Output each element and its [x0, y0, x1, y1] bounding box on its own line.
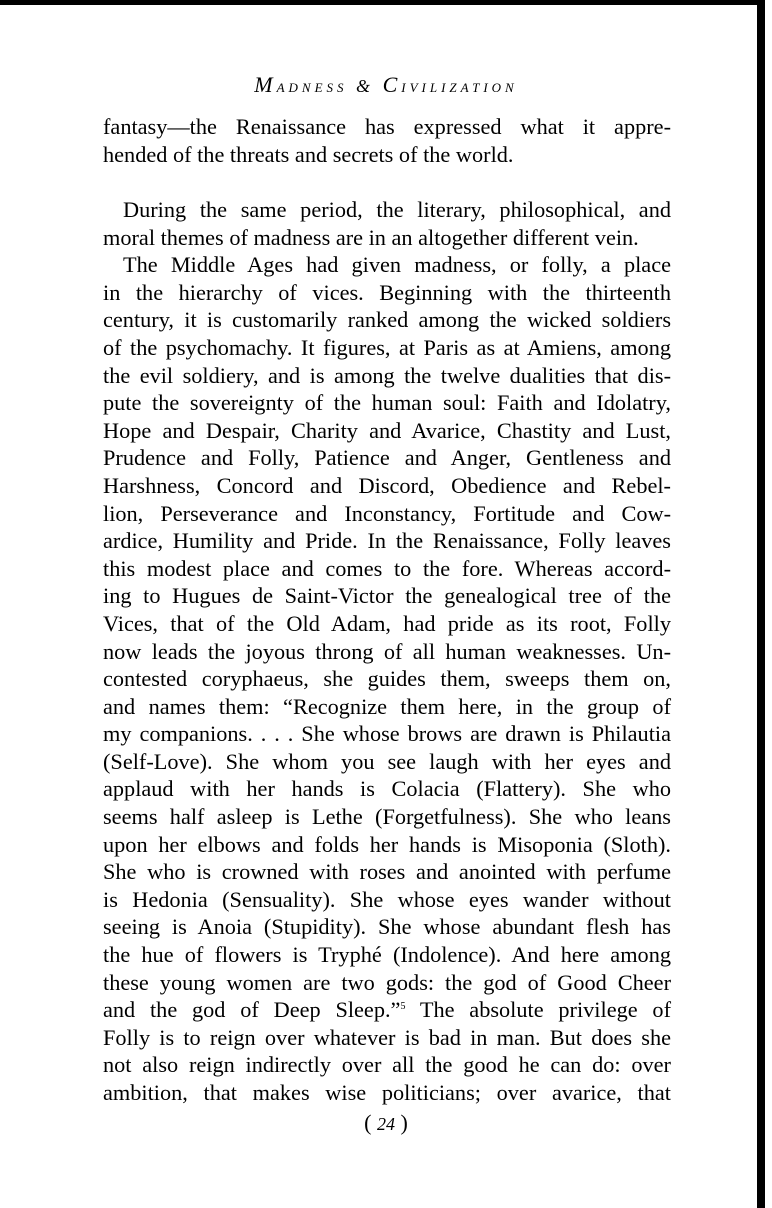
- text-line: She who is crowned with roses and anoint…: [103, 858, 671, 886]
- text-line: seeing is Anoia (Stupidity). She whose a…: [103, 913, 671, 941]
- text-line: pute the sovereignty of the human soul: …: [103, 389, 671, 417]
- text-line: these young women are two gods: the god …: [103, 969, 671, 997]
- page-number-open-paren: (: [364, 1110, 371, 1135]
- page-number-value: 24: [377, 1114, 395, 1134]
- text-line: upon her elbows and folds her hands is M…: [103, 831, 671, 859]
- text-line: (Self-Love). She whom you see laugh with…: [103, 748, 671, 776]
- running-head-initial-c: C: [383, 72, 402, 97]
- text-line: moral themes of madness are in an altoge…: [103, 224, 671, 252]
- text-line: and names them: “Recognize them here, in…: [103, 693, 671, 721]
- text-line: ing to Hugues de Saint-Victor the geneal…: [103, 582, 671, 610]
- text-line: Prudence and Folly, Patience and Anger, …: [103, 444, 671, 472]
- text-line-with-footnote: and the god of Deep Sleep.”5 The absolut…: [103, 996, 671, 1024]
- text-line: century, it is customarily ranked among …: [103, 306, 671, 334]
- text-line: lion, Perseverance and Inconstancy, Fort…: [103, 500, 671, 528]
- text-line: The Middle Ages had given madness, or fo…: [103, 251, 671, 279]
- text-line: this modest place and comes to the fore.…: [103, 555, 671, 583]
- text-line: hended of the threats and secrets of the…: [103, 141, 671, 169]
- page-top-border: [0, 0, 765, 5]
- text-line: applaud with her hands is Colacia (Flatt…: [103, 775, 671, 803]
- text-line: of the psychomachy. It figures, at Paris…: [103, 334, 671, 362]
- text-line: Harshness, Concord and Discord, Obedienc…: [103, 472, 671, 500]
- text-line: Vices, that of the Old Adam, had pride a…: [103, 610, 671, 638]
- text-line: the evil soldiery, and is among the twel…: [103, 362, 671, 390]
- text-segment: and the god of Deep Sleep.”: [103, 997, 400, 1022]
- text-line: contested coryphaeus, she guides them, s…: [103, 665, 671, 693]
- running-head-ampersand: &: [356, 76, 374, 96]
- page-right-border: [757, 4, 765, 1208]
- running-head-word-1: adness: [277, 76, 348, 96]
- text-line: During the same period, the literary, ph…: [103, 196, 671, 224]
- text-line: my companions. . . . She whose brows are…: [103, 720, 671, 748]
- running-head: Madness & Civilization: [0, 72, 772, 98]
- text-line: in the hierarchy of vices. Beginning wit…: [103, 279, 671, 307]
- text-line: seems half asleep is Lethe (Forgetfulnes…: [103, 803, 671, 831]
- text-line: Hope and Despair, Charity and Avarice, C…: [103, 417, 671, 445]
- text-line: is Hedonia (Sensuality). She whose eyes …: [103, 886, 671, 914]
- text-line: the hue of flowers is Tryphé (Indolence)…: [103, 941, 671, 969]
- running-head-word-2: ivilization: [401, 76, 517, 96]
- text-line: fantasy—the Renaissance has expressed wh…: [103, 113, 671, 141]
- text-line: Folly is to reign over whatever is bad i…: [103, 1024, 671, 1052]
- text-line: not also reign indirectly over all the g…: [103, 1051, 671, 1079]
- paragraph-2-and-3: During the same period, the literary, ph…: [103, 196, 671, 1107]
- text-line: ardice, Humility and Pride. In the Renai…: [103, 527, 671, 555]
- text-line: now leads the joyous throng of all human…: [103, 638, 671, 666]
- running-head-initial-m: M: [254, 72, 276, 97]
- text-segment: The absolute privilege of: [405, 997, 671, 1022]
- paragraph-1: fantasy—the Renaissance has expressed wh…: [103, 113, 671, 168]
- text-line: ambition, that makes wise politicians; o…: [103, 1079, 671, 1107]
- page-number: ( 24 ): [0, 1110, 772, 1136]
- page-number-close-paren: ): [401, 1110, 408, 1135]
